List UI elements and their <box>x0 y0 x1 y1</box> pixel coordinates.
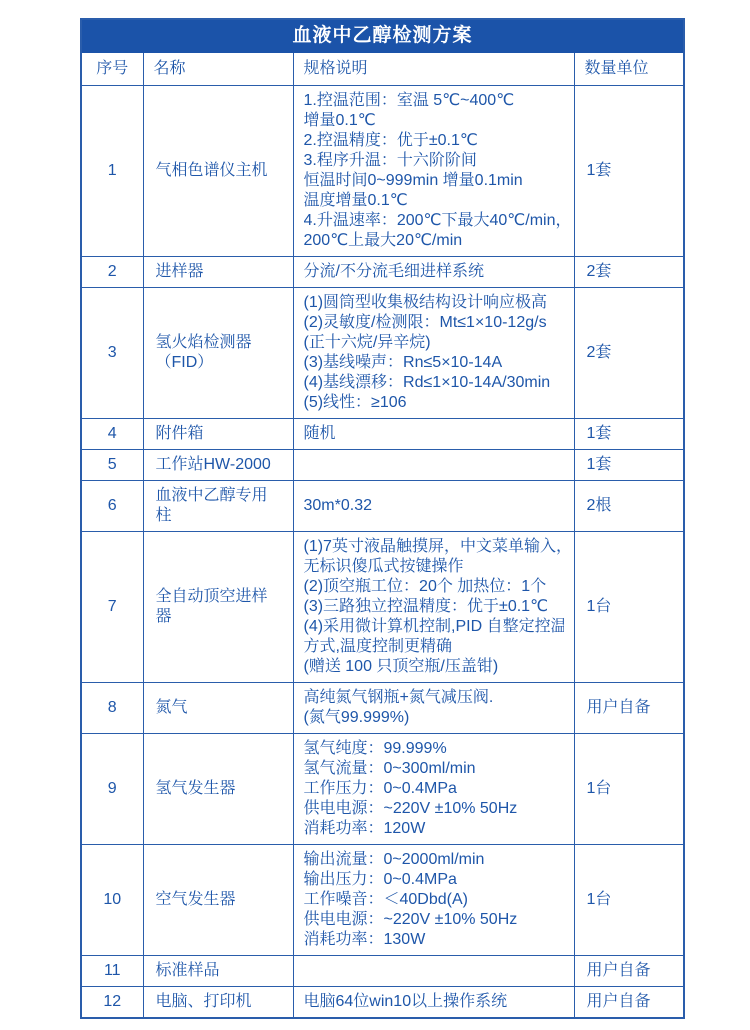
spec-line: 工作压力：0~0.4MPa <box>304 779 564 799</box>
row-qty-cell: 用户自备 <box>574 956 684 987</box>
column-header-no: 序号 <box>81 53 143 86</box>
row-spec-cell: 随机 <box>293 419 574 450</box>
column-header-qty: 数量单位 <box>574 53 684 86</box>
row-no-cell: 7 <box>81 532 143 683</box>
spec-line: 消耗功率：120W <box>304 819 564 839</box>
spec-line: (3)三路独立控温精度：优于±0.1℃ <box>304 597 564 617</box>
table-row: 8 氮气 高纯氮气钢瓶+氮气减压阀. (氮气99.999%) 用户自备 <box>81 683 684 734</box>
row-no-cell: 10 <box>81 845 143 956</box>
table-row: 1 气相色谱仪主机 1.控温范围：室温 5℃~400℃ 增量0.1℃ 2.控温精… <box>81 86 684 257</box>
row-name-cell: 氢气发生器 <box>143 734 293 845</box>
row-name-cell: 附件箱 <box>143 419 293 450</box>
spec-line: (赠送 100 只顶空瓶/压盖钳) <box>304 657 564 677</box>
spec-line: 输出流量：0~2000ml/min <box>304 850 564 870</box>
spec-line: 恒温时间0~999min 增量0.1min <box>304 171 564 191</box>
spec-line: 氢气流量：0~300ml/min <box>304 759 564 779</box>
row-name-cell: 空气发生器 <box>143 845 293 956</box>
row-qty-cell: 2根 <box>574 481 684 532</box>
row-name-cell: 气相色谱仪主机 <box>143 86 293 257</box>
spec-line: (3)基线噪声：Rn≤5×10-14A <box>304 353 564 373</box>
spec-line: 分流/不分流毛细进样系统 <box>304 262 564 282</box>
page-title: 血液中乙醇检测方案 <box>81 19 684 53</box>
table-row: 5 工作站HW-2000 1套 <box>81 450 684 481</box>
row-spec-cell: (1)7英寸液晶触摸屏，中文菜单输入， 无标识傻瓜式按键操作 (2)顶空瓶工位：… <box>293 532 574 683</box>
row-qty-cell: 1台 <box>574 734 684 845</box>
row-no-cell: 9 <box>81 734 143 845</box>
spec-line: (氮气99.999%) <box>304 708 564 728</box>
spec-line: 电脑64位win10以上操作系统 <box>304 992 564 1012</box>
spec-line: (4)采用微计算机控制,PID 自整定控温 <box>304 617 564 637</box>
row-no-cell: 1 <box>81 86 143 257</box>
table-row: 9 氢气发生器 氢气纯度：99.999% 氢气流量：0~300ml/min 工作… <box>81 734 684 845</box>
spec-line: 消耗功率：130W <box>304 930 564 950</box>
row-name-cell: 血液中乙醇专用柱 <box>143 481 293 532</box>
table-row: 4 附件箱 随机 1套 <box>81 419 684 450</box>
row-no-cell: 5 <box>81 450 143 481</box>
row-no-cell: 11 <box>81 956 143 987</box>
table-row: 3 氢火焰检测器（FID） (1)圆筒型收集极结构设计响应极高 (2)灵敏度/检… <box>81 288 684 419</box>
row-name-cell: 进样器 <box>143 257 293 288</box>
spec-line: 2.控温精度：优于±0.1℃ <box>304 131 564 151</box>
row-qty-cell: 2套 <box>574 257 684 288</box>
header-row: 序号 名称 规格说明 数量单位 <box>81 53 684 86</box>
row-name-cell: 氢火焰检测器（FID） <box>143 288 293 419</box>
spec-line: (正十六烷/异辛烷) <box>304 333 564 353</box>
spec-line: 氢气纯度：99.999% <box>304 739 564 759</box>
row-qty-cell: 用户自备 <box>574 987 684 1019</box>
row-spec-cell: 高纯氮气钢瓶+氮气减压阀. (氮气99.999%) <box>293 683 574 734</box>
row-spec-cell: (1)圆筒型收集极结构设计响应极高 (2)灵敏度/检测限：Mt≤1×10-12g… <box>293 288 574 419</box>
spec-line: (2)灵敏度/检测限：Mt≤1×10-12g/s <box>304 313 564 333</box>
spec-line: 方式,温度控制更精确 <box>304 637 564 657</box>
row-spec-cell <box>293 956 574 987</box>
row-name-cell: 工作站HW-2000 <box>143 450 293 481</box>
row-spec-cell: 分流/不分流毛细进样系统 <box>293 257 574 288</box>
row-qty-cell: 1台 <box>574 532 684 683</box>
row-no-cell: 4 <box>81 419 143 450</box>
row-no-cell: 8 <box>81 683 143 734</box>
row-name-cell: 氮气 <box>143 683 293 734</box>
column-header-name: 名称 <box>143 53 293 86</box>
row-no-cell: 12 <box>81 987 143 1019</box>
spec-line: 1.控温范围：室温 5℃~400℃ <box>304 91 564 111</box>
row-spec-cell: 电脑64位win10以上操作系统 <box>293 987 574 1019</box>
spec-line: (1)7英寸液晶触摸屏，中文菜单输入， <box>304 537 564 557</box>
row-spec-cell <box>293 450 574 481</box>
spec-line: 高纯氮气钢瓶+氮气减压阀. <box>304 688 564 708</box>
spec-line: 无标识傻瓜式按键操作 <box>304 557 564 577</box>
row-name-cell: 全自动顶空进样器 <box>143 532 293 683</box>
row-spec-cell: 氢气纯度：99.999% 氢气流量：0~300ml/min 工作压力：0~0.4… <box>293 734 574 845</box>
row-qty-cell: 1套 <box>574 419 684 450</box>
row-no-cell: 6 <box>81 481 143 532</box>
spec-document: 血液中乙醇检测方案 序号 名称 规格说明 数量单位 1 气相色谱仪主机 1.控温… <box>80 18 683 1019</box>
spec-line: 供电电源：~220V ±10% 50Hz <box>304 799 564 819</box>
row-spec-cell: 30m*0.32 <box>293 481 574 532</box>
table-row: 6 血液中乙醇专用柱 30m*0.32 2根 <box>81 481 684 532</box>
table-row: 7 全自动顶空进样器 (1)7英寸液晶触摸屏，中文菜单输入， 无标识傻瓜式按键操… <box>81 532 684 683</box>
row-qty-cell: 用户自备 <box>574 683 684 734</box>
spec-line: (2)顶空瓶工位：20个 加热位：1个 <box>304 577 564 597</box>
spec-line: 增量0.1℃ <box>304 111 564 131</box>
spec-line: (5)线性：≥106 <box>304 393 564 413</box>
spec-line: 4.升温速率：200℃下最大40℃/min， <box>304 211 564 231</box>
table-row: 11 标准样品 用户自备 <box>81 956 684 987</box>
spec-line: (1)圆筒型收集极结构设计响应极高 <box>304 293 564 313</box>
table-row: 10 空气发生器 输出流量：0~2000ml/min 输出压力：0~0.4MPa… <box>81 845 684 956</box>
row-qty-cell: 2套 <box>574 288 684 419</box>
spec-line: 随机 <box>304 424 564 444</box>
spec-line: 供电电源：~220V ±10% 50Hz <box>304 910 564 930</box>
row-spec-cell: 输出流量：0~2000ml/min 输出压力：0~0.4MPa 工作噪音：＜40… <box>293 845 574 956</box>
spec-line: 温度增量0.1℃ <box>304 191 564 211</box>
row-no-cell: 2 <box>81 257 143 288</box>
spec-line: 3.程序升温：十六阶阶间 <box>304 151 564 171</box>
row-name-cell: 电脑、打印机 <box>143 987 293 1019</box>
spec-line: 工作噪音：＜40Dbd(A) <box>304 890 564 910</box>
row-qty-cell: 1套 <box>574 450 684 481</box>
spec-line: 30m*0.32 <box>304 496 564 516</box>
column-header-spec: 规格说明 <box>293 53 574 86</box>
spec-line: (4)基线漂移：Rd≤1×10-14A/30min <box>304 373 564 393</box>
table-row: 2 进样器 分流/不分流毛细进样系统 2套 <box>81 257 684 288</box>
spec-line: 输出压力：0~0.4MPa <box>304 870 564 890</box>
row-name-cell: 标准样品 <box>143 956 293 987</box>
table-row: 12 电脑、打印机 电脑64位win10以上操作系统 用户自备 <box>81 987 684 1019</box>
row-qty-cell: 1套 <box>574 86 684 257</box>
title-row: 血液中乙醇检测方案 <box>81 19 684 53</box>
spec-line: 200℃上最大20℃/min <box>304 231 564 251</box>
row-qty-cell: 1台 <box>574 845 684 956</box>
spec-table: 血液中乙醇检测方案 序号 名称 规格说明 数量单位 1 气相色谱仪主机 1.控温… <box>80 18 685 1019</box>
row-spec-cell: 1.控温范围：室温 5℃~400℃ 增量0.1℃ 2.控温精度：优于±0.1℃ … <box>293 86 574 257</box>
row-no-cell: 3 <box>81 288 143 419</box>
